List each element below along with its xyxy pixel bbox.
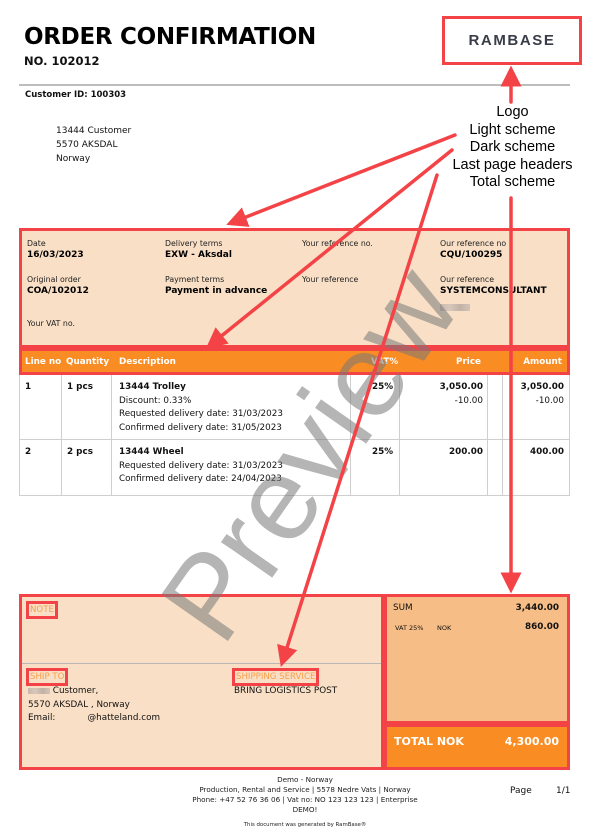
annotation-legend: Logo Light scheme Dark scheme Last page … [440, 104, 585, 192]
row-quantity: 1 pcs [67, 381, 93, 395]
your-reference-no-field: Your reference no. [302, 239, 373, 250]
address-line: Norway [56, 152, 131, 166]
row-line-no: 1 [25, 381, 31, 395]
row-price: 3,050.00 -10.00 [440, 381, 483, 408]
redacted-name [440, 304, 470, 311]
legend-last-page-headers: Last page headers [440, 157, 585, 175]
column-vat: VAT% [371, 357, 398, 367]
legend-dark-scheme: Dark scheme [440, 139, 585, 157]
page-number: 1/1 [556, 786, 570, 796]
legend-logo: Logo [440, 104, 585, 122]
row-description: 13444 Trolley Discount: 0.33% Requested … [119, 381, 283, 435]
column-price: Price [456, 357, 481, 367]
row-amount: 400.00 [530, 446, 564, 460]
line-items-table: 1 1 pcs 13444 Trolley Discount: 0.33% Re… [19, 375, 570, 496]
total-value: 4,300.00 [505, 735, 559, 748]
address-line: 13444 Customer [56, 124, 131, 138]
last-page-info-panel: NOTE SHIP TO SHIPPING SERVICE Customer, … [19, 594, 384, 770]
page-footer: Demo - Norway Production, Rental and Ser… [170, 775, 440, 830]
original-order-field: Original order COA/102012 [27, 275, 89, 296]
your-vat-no-field: Your VAT no. [27, 319, 75, 328]
shipping-service-header: SHIPPING SERVICE [232, 668, 319, 686]
legend-light-scheme: Light scheme [440, 122, 585, 140]
column-quantity: Quantity [66, 357, 109, 367]
payment-terms-field: Payment terms Payment in advance [165, 275, 267, 296]
delivery-terms-field: Delivery terms EXW - Aksdal [165, 239, 232, 260]
row-vat: 25% [372, 446, 393, 460]
total-label: TOTAL NOK [394, 735, 464, 748]
vat-value: 860.00 [525, 622, 559, 632]
our-reference-field: Our reference SYSTEMCONSULTANT [440, 275, 547, 315]
logo-highlight: RAMBASE [442, 16, 582, 65]
your-reference-field: Your reference [302, 275, 358, 286]
page-label: Page [510, 786, 532, 796]
order-number: NO. 102012 [24, 54, 100, 68]
row-vat: 25% [372, 381, 393, 395]
generated-by: This document was generated by RamBase® [170, 820, 440, 830]
customer-address: 13444 Customer 5570 AKSDAL Norway [56, 124, 131, 166]
rambase-logo: RAMBASE [468, 32, 555, 49]
redacted-prefix [28, 688, 50, 694]
header-divider [19, 84, 570, 86]
column-amount: Amount [523, 357, 562, 367]
ship-to-header: SHIP TO [26, 668, 68, 686]
row-amount: 3,050.00 -10.00 [521, 381, 564, 408]
line-items-header: Line no Quantity Description VAT% Price … [19, 348, 570, 375]
legend-total-scheme: Total scheme [440, 174, 585, 192]
vat-label: VAT 25% [395, 624, 423, 632]
shipping-service-value: BRING LOGISTICS POST [234, 685, 337, 699]
row-line-no: 2 [25, 446, 31, 460]
sum-label: SUM [393, 603, 413, 613]
our-reference-no-field: Our reference no CQU/100295 [440, 239, 506, 260]
address-line: 5570 AKSDAL [56, 138, 131, 152]
total-panel: TOTAL NOK 4,300.00 [384, 724, 570, 770]
column-description: Description [119, 357, 176, 367]
customer-id: Customer ID: 100303 [25, 90, 126, 100]
vat-currency: NOK [437, 624, 451, 632]
row-description: 13444 Wheel Requested delivery date: 31/… [119, 446, 283, 487]
order-info-panel: Date 16/03/2023 Delivery terms EXW - Aks… [19, 228, 570, 348]
sum-panel: SUM 3,440.00 VAT 25% NOK 860.00 [384, 594, 570, 724]
date-field: Date 16/03/2023 [27, 239, 84, 260]
document-title: ORDER CONFIRMATION [24, 24, 316, 50]
column-line-no: Line no [25, 357, 61, 367]
note-divider [22, 663, 381, 664]
ship-to-address: Customer, 5570 AKSDAL , Norway Email:@ha… [28, 685, 160, 726]
sum-value: 3,440.00 [516, 603, 559, 613]
note-header: NOTE [26, 601, 58, 619]
row-quantity: 2 pcs [67, 446, 93, 460]
row-price: 200.00 [449, 446, 483, 460]
